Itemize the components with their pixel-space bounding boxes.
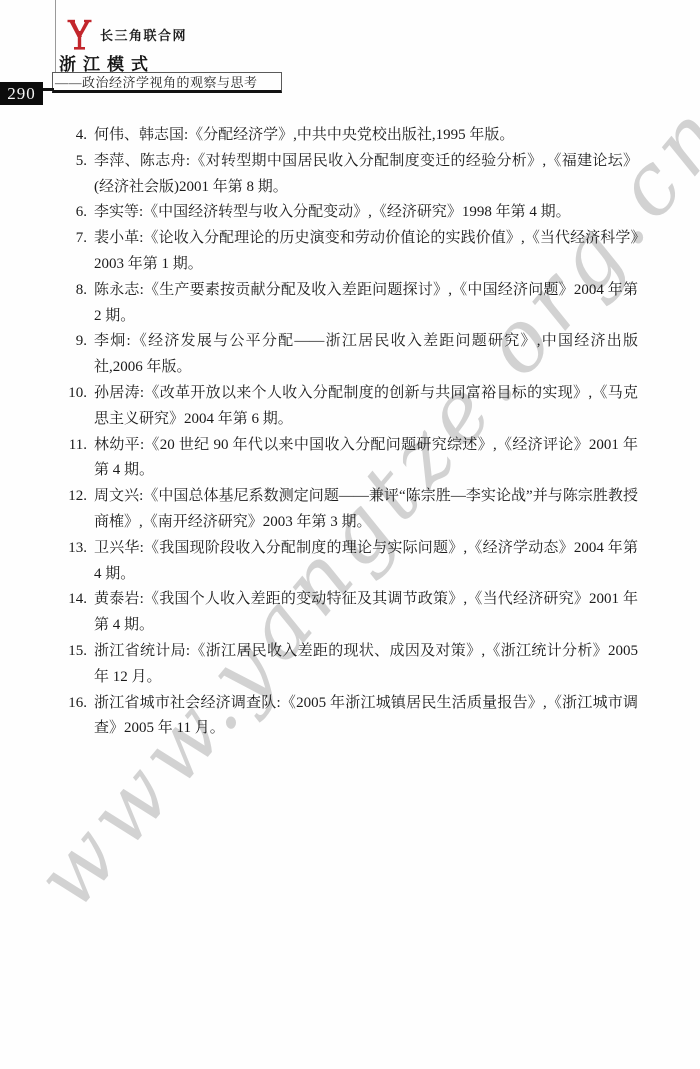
reference-number: 13.: [60, 536, 87, 588]
reference-item: 15. 浙江省统计局:《浙江居民收入差距的现状、成因及对策》,《浙江统计分析》2…: [60, 639, 638, 691]
reference-text: 李实等:《中国经济转型与收入分配变动》,《经济研究》1998 年第 4 期。: [94, 200, 638, 226]
reference-number: 16.: [60, 691, 87, 743]
reference-text: 李萍、陈志舟:《对转型期中国居民收入分配制度变迁的经验分析》,《福建论坛》(经济…: [94, 149, 638, 201]
reference-text: 林幼平:《20 世纪 90 年代以来中国收入分配问题研究综述》,《经济评论》20…: [94, 433, 638, 485]
reference-item: 6. 李实等:《中国经济转型与收入分配变动》,《经济研究》1998 年第 4 期…: [60, 200, 638, 226]
page-number-badge: 290: [0, 82, 43, 105]
reference-number: 10.: [60, 381, 87, 433]
reference-item: 12. 周文兴:《中国总体基尼系数测定问题——兼评“陈宗胜—李实论战”并与陈宗胜…: [60, 484, 638, 536]
reference-text: 卫兴华:《我国现阶段收入分配制度的理论与实际问题》,《经济学动态》2004 年第…: [94, 536, 638, 588]
reference-item: 10. 孙居涛:《改革开放以来个人收入分配制度的创新与共同富裕目标的实现》,《马…: [60, 381, 638, 433]
site-name-label: 长三角联合网: [100, 25, 187, 44]
reference-item: 9. 李炯:《经济发展与公平分配——浙江居民收入差距问题研究》,中国经济出版社,…: [60, 329, 638, 381]
reference-number: 11.: [60, 433, 87, 485]
reference-number: 7.: [60, 226, 87, 278]
reference-item: 13. 卫兴华:《我国现阶段收入分配制度的理论与实际问题》,《经济学动态》200…: [60, 536, 638, 588]
reference-item: 8. 陈永志:《生产要素按贡献分配及收入差距问题探讨》,《中国经济问题》2004…: [60, 278, 638, 330]
reference-number: 5.: [60, 149, 87, 201]
reference-number: 14.: [60, 587, 87, 639]
reference-number: 8.: [60, 278, 87, 330]
psi-trident-icon: [67, 19, 92, 50]
reference-text: 黄泰岩:《我国个人收入差距的变动特征及其调节政策》,《当代经济研究》2001 年…: [94, 587, 638, 639]
reference-item: 16. 浙江省城市社会经济调查队:《2005 年浙江城镇居民生活质量报告》,《浙…: [60, 691, 638, 743]
reference-text: 浙江省统计局:《浙江居民收入差距的现状、成因及对策》,《浙江统计分析》2005 …: [94, 639, 638, 691]
reference-text: 周文兴:《中国总体基尼系数测定问题——兼评“陈宗胜—李实论战”并与陈宗胜教授商榷…: [94, 484, 638, 536]
reference-item: 4. 何伟、韩志国:《分配经济学》,中共中央党校出版社,1995 年版。: [60, 123, 638, 149]
reference-list: 4. 何伟、韩志国:《分配经济学》,中共中央党校出版社,1995 年版。 5. …: [60, 123, 638, 742]
reference-number: 12.: [60, 484, 87, 536]
reference-text: 孙居涛:《改革开放以来个人收入分配制度的创新与共同富裕目标的实现》,《马克思主义…: [94, 381, 638, 433]
scanned-book-page: www.yangtze.org.cn 长三角联合网 浙江模式 ——政治经济学视角…: [0, 0, 700, 1069]
header-vertical-rule: [55, 0, 56, 73]
reference-item: 7. 裴小革:《论收入分配理论的历史演变和劳动价值论的实践价值》,《当代经济科学…: [60, 226, 638, 278]
page-number-label: 290: [7, 84, 36, 104]
book-subtitle-label: ——政治经济学视角的观察与思考: [55, 72, 258, 91]
reference-number: 6.: [60, 200, 87, 226]
reference-number: 15.: [60, 639, 87, 691]
site-logo: 长三角联合网: [67, 19, 187, 50]
reference-item: 14. 黄泰岩:《我国个人收入差距的变动特征及其调节政策》,《当代经济研究》20…: [60, 587, 638, 639]
reference-text: 陈永志:《生产要素按贡献分配及收入差距问题探讨》,《中国经济问题》2004 年第…: [94, 278, 638, 330]
reference-text: 李炯:《经济发展与公平分配——浙江居民收入差距问题研究》,中国经济出版社,200…: [94, 329, 638, 381]
book-subtitle-box: ——政治经济学视角的观察与思考: [52, 72, 282, 93]
reference-item: 11. 林幼平:《20 世纪 90 年代以来中国收入分配问题研究综述》,《经济评…: [60, 433, 638, 485]
reference-text: 何伟、韩志国:《分配经济学》,中共中央党校出版社,1995 年版。: [94, 123, 638, 149]
reference-number: 4.: [60, 123, 87, 149]
reference-text: 浙江省城市社会经济调查队:《2005 年浙江城镇居民生活质量报告》,《浙江城市调…: [94, 691, 638, 743]
reference-item: 5. 李萍、陈志舟:《对转型期中国居民收入分配制度变迁的经验分析》,《福建论坛》…: [60, 149, 638, 201]
reference-number: 9.: [60, 329, 87, 381]
reference-text: 裴小革:《论收入分配理论的历史演变和劳动价值论的实践价值》,《当代经济科学》20…: [94, 226, 638, 278]
